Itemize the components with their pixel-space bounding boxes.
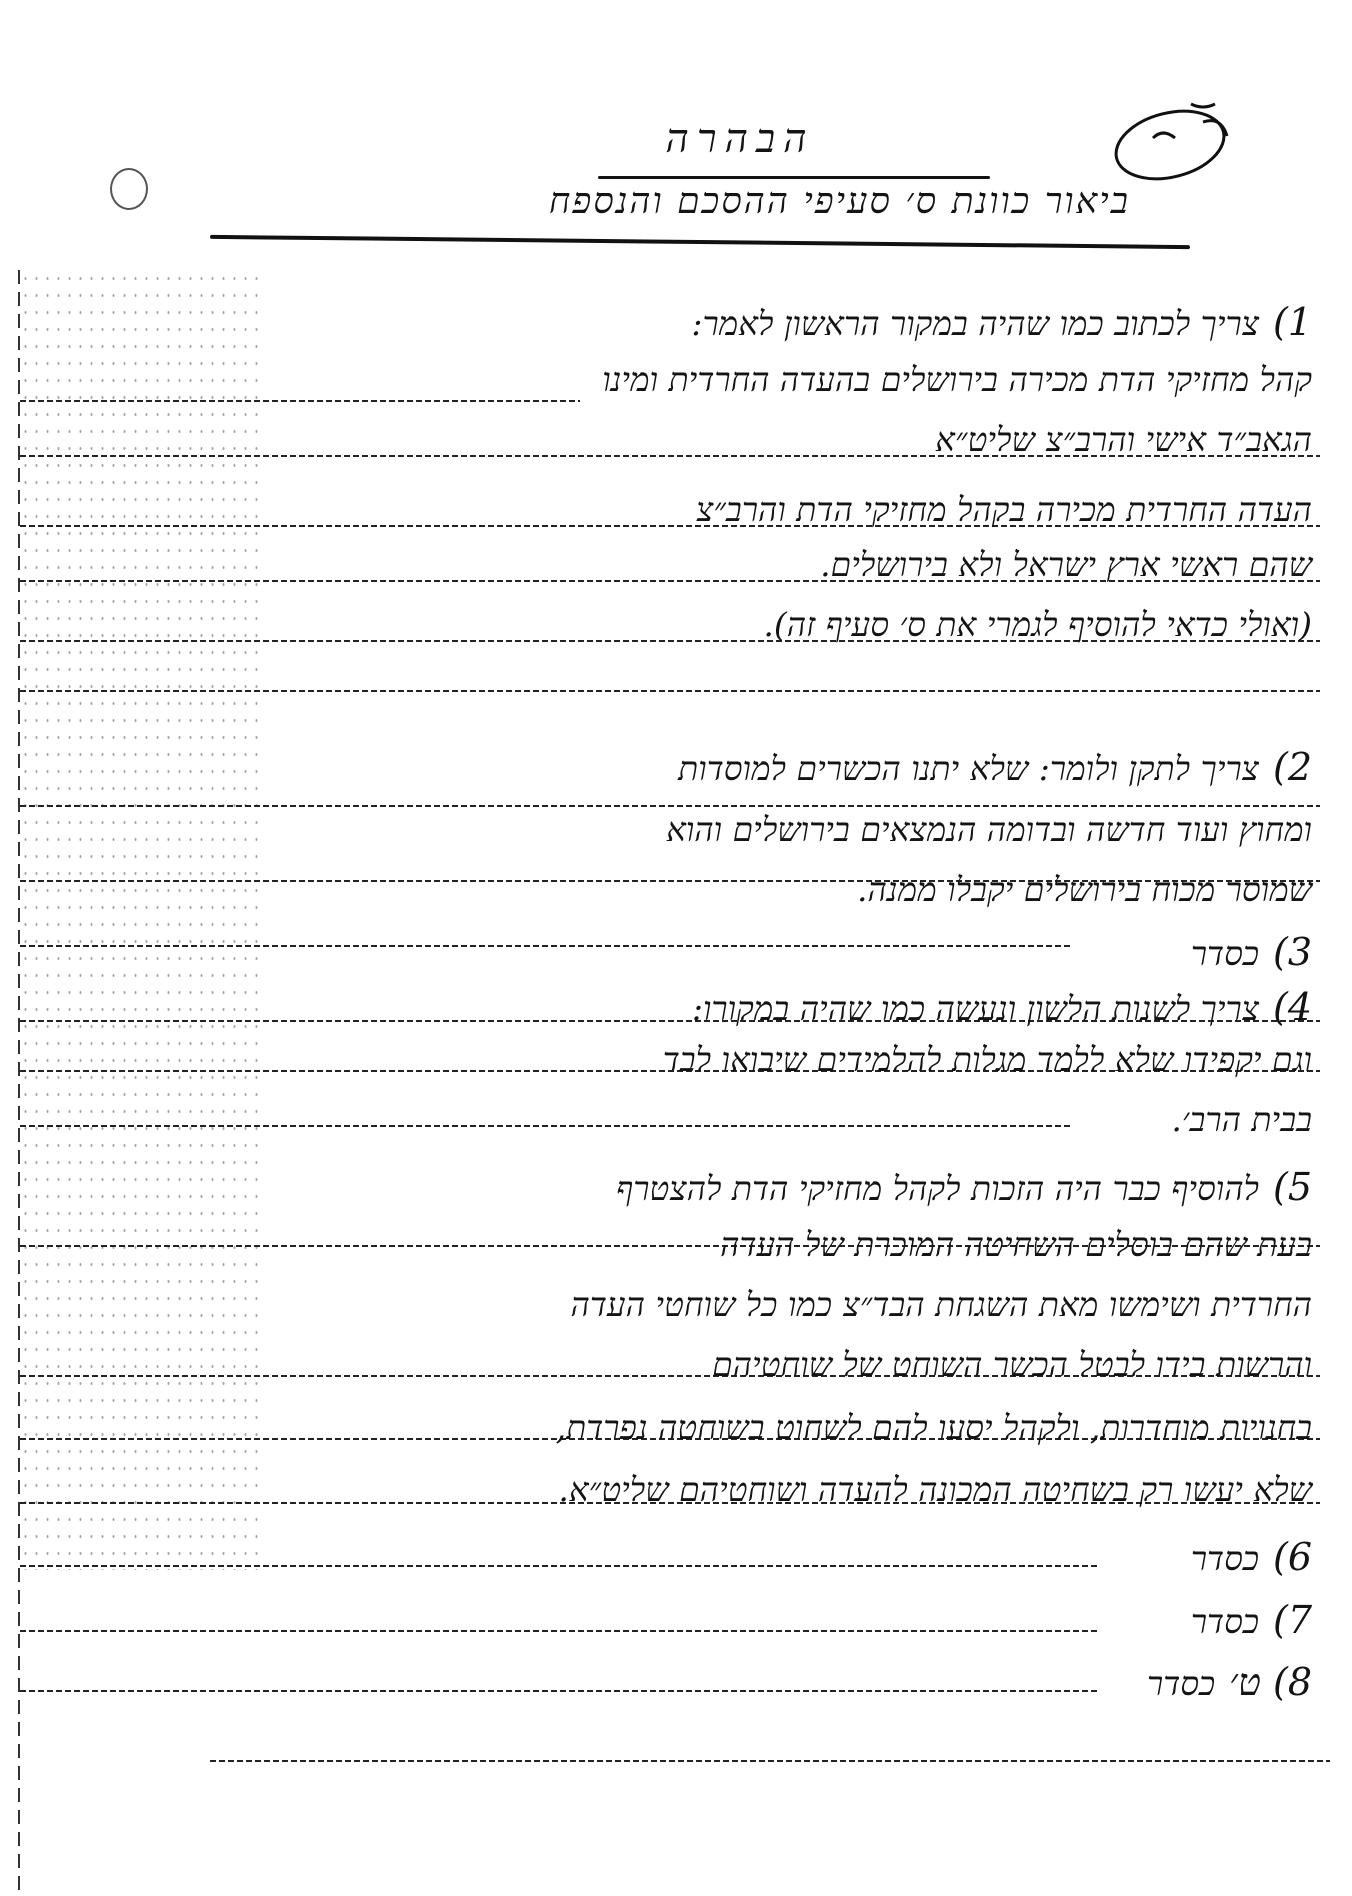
title-underline bbox=[598, 176, 990, 179]
item-1-line-5: שהם ראשי ארץ ישראל ולא בירושלים. bbox=[820, 545, 1312, 585]
item-number: 1) bbox=[1273, 300, 1312, 344]
item-number: 8) ט׳ bbox=[1229, 1660, 1312, 1705]
item-8-line-1: 8) ט׳כסדר bbox=[1147, 1660, 1312, 1705]
ruled-line bbox=[20, 1125, 1070, 1127]
item-5-line-4: והרשות בידו לבטל הכשר השוחט של שוחטיהם bbox=[712, 1345, 1312, 1385]
item-3-line-1: 3)כסדר bbox=[1191, 930, 1312, 974]
circled-corner-mark-icon bbox=[1105, 90, 1255, 185]
left-margin-line bbox=[18, 270, 20, 1890]
item-1-line-4: העדה החרדית מכירה בקהל מחזיקי הדת והרב״צ bbox=[696, 490, 1312, 530]
item-5-line-2: בעת שהם בוסלים השחיטה המוכרת של העדה bbox=[720, 1225, 1312, 1265]
item-4-line-1: 4)צריך לשנות הלשון ונעשה כמו שהיה במקורו… bbox=[692, 985, 1312, 1029]
item-number: 7) bbox=[1273, 1598, 1312, 1642]
item-4-line-3: בבית הרב׳. bbox=[1171, 1100, 1312, 1140]
item-4-line-2: וגם יקפידו שלא ללמד מגלות להלמידים שיבוא… bbox=[663, 1040, 1312, 1080]
item-number: 5) bbox=[1273, 1165, 1312, 1209]
document-subtitle: ביאור כוונת ס׳ סעיפי ההסכם והנספח bbox=[230, 180, 1130, 222]
punch-hole-icon bbox=[110, 168, 148, 210]
ruled-line bbox=[20, 400, 580, 402]
document-title: הבהרה bbox=[590, 115, 890, 162]
ruled-line bbox=[20, 1690, 1100, 1692]
item-5-line-6: שלא יעשו רק בשחיטה המכונה להעדה ושוחטיהם… bbox=[558, 1470, 1312, 1510]
ruled-line bbox=[20, 805, 1320, 807]
item-number: 4) bbox=[1273, 985, 1312, 1029]
item-7-line-1: 7)כסדר bbox=[1191, 1598, 1312, 1642]
item-5-line-3: החרדית ושימשו מאת השגחת הבד״צ כמו כל שוח… bbox=[571, 1285, 1312, 1325]
item-number: 6) bbox=[1273, 1535, 1312, 1579]
item-1-line-3: הגאב״ד אישי והרב״צ שליט״א bbox=[935, 420, 1312, 460]
item-1-line-2: קהל מחזיקי הדת מכירה בירושלים בהעדה החרד… bbox=[602, 360, 1312, 400]
ruled-line bbox=[20, 1630, 1100, 1632]
ruled-line bbox=[20, 945, 1070, 947]
item-number: 2) bbox=[1273, 745, 1312, 789]
item-1-line-1: 1)צריך לכתוב כמו שהיה במקור הראשון לאמר: bbox=[691, 300, 1312, 344]
item-number: 3) bbox=[1273, 930, 1312, 974]
item-6-line-1: 6)כסדר bbox=[1191, 1535, 1312, 1579]
ruled-line bbox=[20, 690, 1320, 692]
scanned-document-page: הבהרה ביאור כוונת ס׳ סעיפי ההסכם והנספח … bbox=[0, 0, 1352, 1896]
item-2-line-2: ומחוץ ועוד חדשה ובדומה הנמצאים בירושלים … bbox=[666, 810, 1312, 850]
subtitle-underline bbox=[210, 235, 1190, 249]
item-2-line-1: 2)צריך לתקן ולומר: שלא יתנו הכשרים למוסד… bbox=[678, 745, 1312, 789]
item-2-line-3: שמוסר מכוח בירושלים יקבלו ממנה. bbox=[857, 870, 1312, 910]
ruled-line bbox=[20, 1565, 1100, 1567]
ruled-line bbox=[210, 1760, 1330, 1762]
item-5-line-5: בחנויות מוחדרות, ולקהל יסעו להם לשחוט בש… bbox=[556, 1408, 1312, 1448]
item-5-line-1: 5)להוסיף כבר היה הזכות לקהל מחזיקי הדת ל… bbox=[616, 1165, 1312, 1209]
item-1-line-6: (ואולי כדאי להוסיף לגמרי את ס׳ סעיף זה). bbox=[763, 605, 1312, 645]
